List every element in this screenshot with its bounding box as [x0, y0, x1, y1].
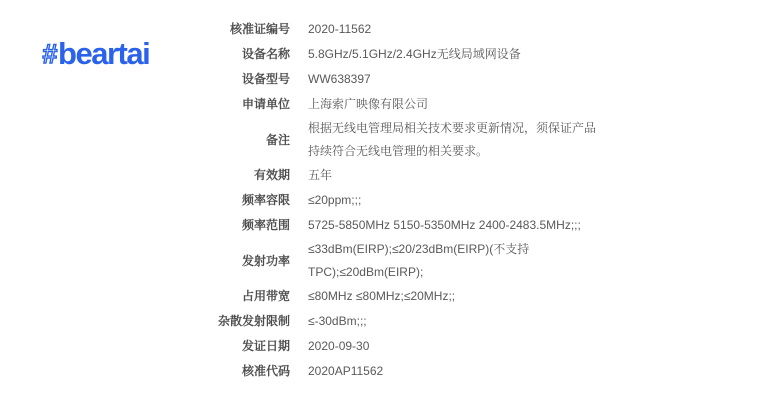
- cert-table: 核准证编号2020-11562设备名称5.8GHz/5.1GHz/2.4GHz无…: [208, 17, 596, 384]
- row-label: 设备型号: [208, 68, 290, 91]
- row-label: 有效期: [208, 164, 290, 187]
- value-line: 5.8GHz/5.1GHz/2.4GHz无线局域网设备: [308, 43, 521, 66]
- row-value: 五年: [308, 164, 332, 187]
- beartai-logo[interactable]: # beartai: [42, 34, 149, 74]
- value-line: ≤20ppm;;;: [308, 189, 361, 212]
- row-label: 发射功率: [208, 250, 290, 273]
- hash-icon: #: [42, 39, 56, 70]
- table-row: 备注根据无线电管理局相关技术要求更新情况，须保证产品持续符合无线电管理的相关要求…: [208, 117, 596, 163]
- table-row: 设备型号WW638397: [208, 67, 596, 92]
- row-label: 核准证编号: [208, 18, 290, 41]
- value-line: 根据无线电管理局相关技术要求更新情况，须保证产品: [308, 117, 596, 140]
- row-value: ≤33dBm(EIRP);≤20/23dBm(EIRP)(不支持TPC);≤20…: [308, 238, 529, 284]
- table-row: 频率范围5725-5850MHz 5150-5350MHz 2400-2483.…: [208, 213, 596, 238]
- value-line: 2020-09-30: [308, 335, 369, 358]
- row-value: 上海索广映像有限公司: [308, 93, 428, 116]
- row-label: 核准代码: [208, 360, 290, 383]
- row-label: 频率范围: [208, 214, 290, 237]
- row-value: ≤-30dBm;;;: [308, 310, 367, 333]
- value-line: 持续符合无线电管理的相关要求。: [308, 140, 596, 163]
- row-label: 设备名称: [208, 43, 290, 66]
- row-value: WW638397: [308, 68, 371, 91]
- row-value: ≤80MHz ≤80MHz;≤20MHz;;: [308, 285, 455, 308]
- table-row: 杂散发射限制≤-30dBm;;;: [208, 309, 596, 334]
- value-line: TPC);≤20dBm(EIRP);: [308, 261, 529, 284]
- page: # beartai 核准证编号2020-11562设备名称5.8GHz/5.1G…: [0, 0, 770, 404]
- row-value: 5.8GHz/5.1GHz/2.4GHz无线局域网设备: [308, 43, 521, 66]
- row-value: 2020-09-30: [308, 335, 369, 358]
- table-row: 发射功率≤33dBm(EIRP);≤20/23dBm(EIRP)(不支持TPC)…: [208, 238, 596, 284]
- table-row: 设备名称5.8GHz/5.1GHz/2.4GHz无线局域网设备: [208, 42, 596, 67]
- table-row: 频率容限≤20ppm;;;: [208, 188, 596, 213]
- logo-wordmark: beartai: [58, 36, 149, 72]
- table-row: 申请单位上海索广映像有限公司: [208, 92, 596, 117]
- value-line: WW638397: [308, 68, 371, 91]
- row-label: 申请单位: [208, 93, 290, 116]
- row-label: 占用带宽: [208, 285, 290, 308]
- value-line: 5725-5850MHz 5150-5350MHz 2400-2483.5MHz…: [308, 214, 581, 237]
- value-line: ≤33dBm(EIRP);≤20/23dBm(EIRP)(不支持: [308, 238, 529, 261]
- value-line: 上海索广映像有限公司: [308, 93, 428, 116]
- value-line: 2020-11562: [308, 18, 371, 41]
- row-label: 发证日期: [208, 335, 290, 358]
- row-value: 根据无线电管理局相关技术要求更新情况，须保证产品持续符合无线电管理的相关要求。: [308, 117, 596, 163]
- row-value: 5725-5850MHz 5150-5350MHz 2400-2483.5MHz…: [308, 214, 581, 237]
- table-row: 有效期五年: [208, 163, 596, 188]
- row-label: 频率容限: [208, 189, 290, 212]
- row-label: 杂散发射限制: [208, 310, 290, 333]
- value-line: 2020AP11562: [308, 360, 383, 383]
- table-row: 核准证编号2020-11562: [208, 17, 596, 42]
- value-line: ≤-30dBm;;;: [308, 310, 367, 333]
- row-value: 2020AP11562: [308, 360, 383, 383]
- table-row: 发证日期2020-09-30: [208, 334, 596, 359]
- row-value: 2020-11562: [308, 18, 371, 41]
- value-line: 五年: [308, 164, 332, 187]
- row-label: 备注: [208, 129, 290, 152]
- table-row: 核准代码2020AP11562: [208, 359, 596, 384]
- row-value: ≤20ppm;;;: [308, 189, 361, 212]
- table-row: 占用带宽≤80MHz ≤80MHz;≤20MHz;;: [208, 284, 596, 309]
- value-line: ≤80MHz ≤80MHz;≤20MHz;;: [308, 285, 455, 308]
